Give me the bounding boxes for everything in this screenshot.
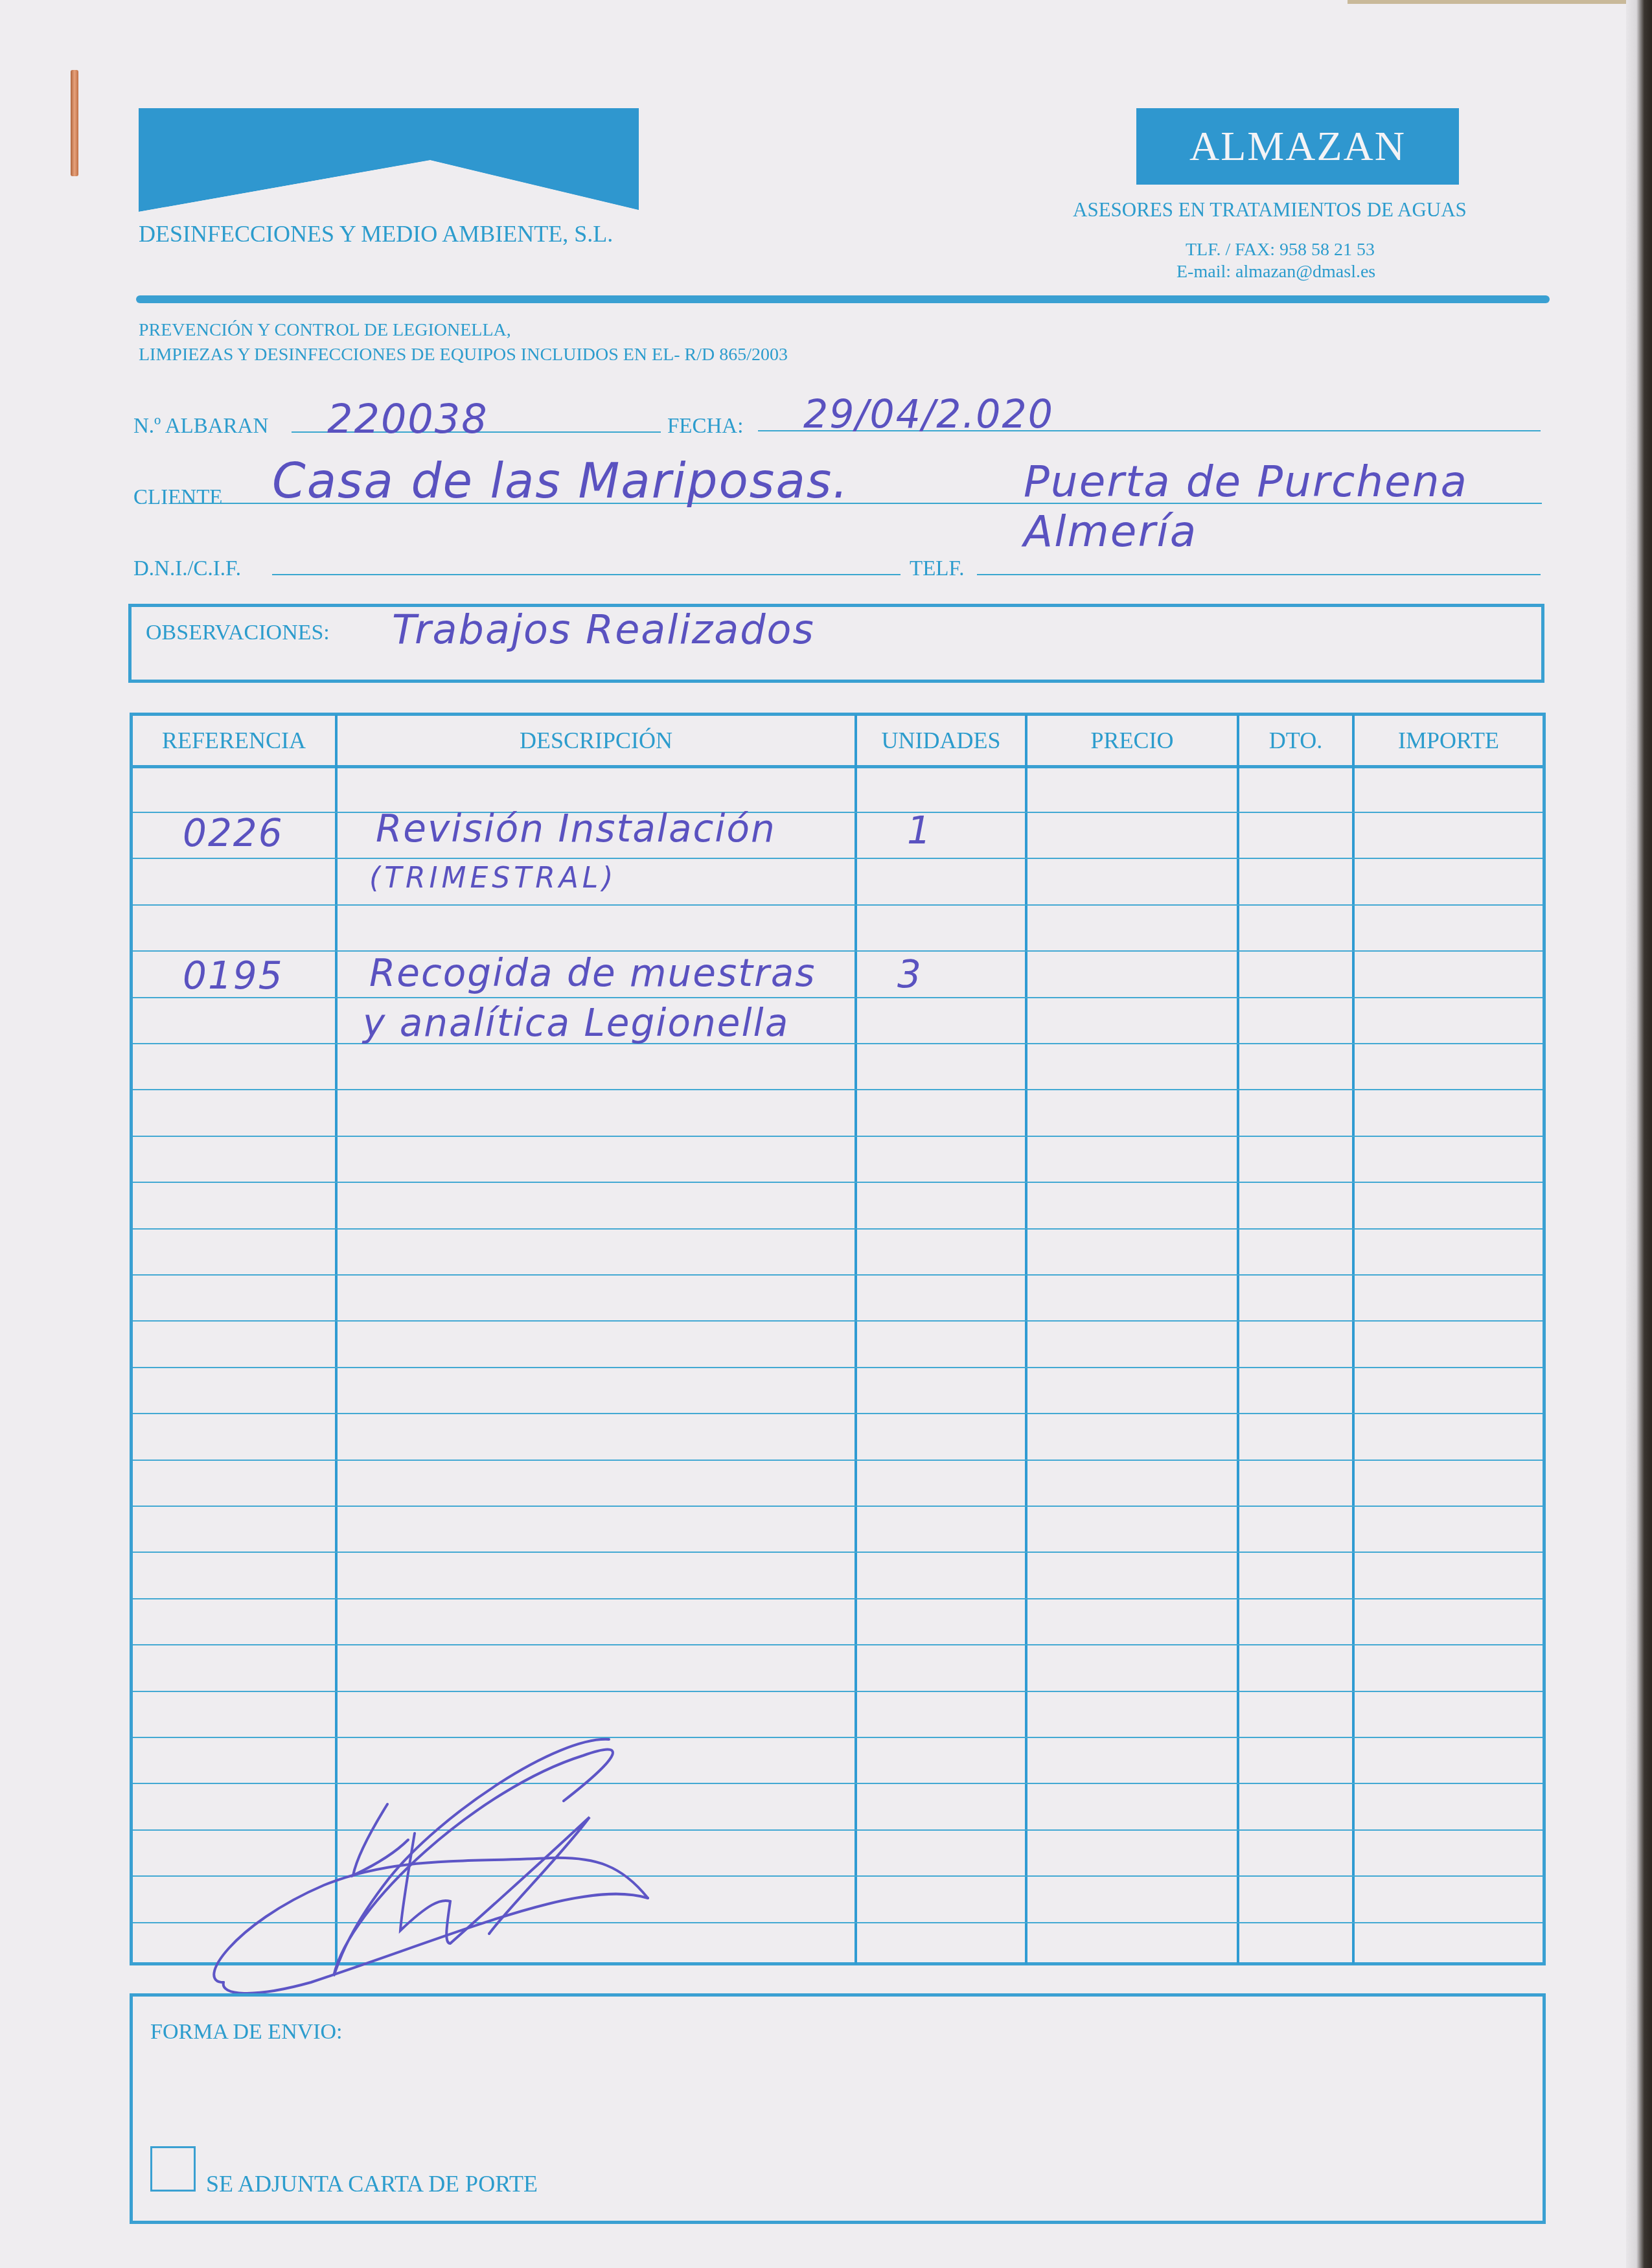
table-row-line — [133, 1274, 1543, 1276]
row-2-referencia[interactable]: 0195 — [183, 954, 284, 998]
company-logo — [139, 108, 639, 212]
albaran-field[interactable]: 220038 — [327, 395, 488, 442]
service-line-2: LIMPIEZAS Y DESINFECCIONES DE EQUIPOS IN… — [139, 345, 788, 365]
fecha-field[interactable]: 29/04/2.020 — [803, 392, 1054, 437]
col-header-importe: IMPORTE — [1355, 715, 1543, 766]
page-edge-top — [1348, 0, 1652, 4]
table-row-line — [133, 1460, 1543, 1461]
staple-icon — [71, 70, 78, 176]
table-row-line — [133, 1691, 1543, 1692]
table-row-line — [133, 1598, 1543, 1599]
row-1-referencia[interactable]: 0226 — [183, 811, 284, 855]
carta-porte-checkbox[interactable] — [150, 2146, 196, 2192]
brand-phone: TLF. / FAX: 958 58 21 53 — [1186, 240, 1375, 260]
dni-label: D.N.I./C.I.F. — [133, 557, 241, 581]
table-row-line — [133, 1320, 1543, 1322]
company-name: DESINFECCIONES Y MEDIO AMBIENTE, S.L. — [139, 220, 613, 247]
row-1-unidades[interactable]: 1 — [907, 808, 932, 853]
dni-underline[interactable] — [272, 574, 901, 575]
brand-tagline: ASESORES EN TRATAMIENTOS DE AGUAS — [1073, 198, 1467, 222]
roof-logo-icon — [139, 108, 639, 212]
forma-envio-label: FORMA DE ENVIO: — [150, 2020, 343, 2045]
cliente-address-field[interactable]: Puerta de Purchena Almería — [1024, 457, 1652, 556]
row-1-descripcion-line2[interactable]: (TRIMESTRAL) — [369, 862, 617, 895]
page-edge-right — [1626, 0, 1652, 2268]
col-divider — [855, 715, 857, 1964]
brand-box: ALMAZAN — [1136, 108, 1459, 185]
carta-porte-label: SE ADJUNTA CARTA DE PORTE — [206, 2170, 538, 2197]
col-header-referencia: REFERENCIA — [133, 715, 335, 766]
table-row-line — [133, 1228, 1543, 1230]
table-row-line — [133, 1367, 1543, 1368]
albaran-label: N.º ALBARAN — [133, 415, 268, 439]
table-row-line — [133, 1089, 1543, 1090]
table-row-line — [133, 858, 1543, 859]
table-row-line — [133, 812, 1543, 813]
col-divider — [1237, 715, 1239, 1964]
table-row-line — [133, 997, 1543, 998]
brand-email: E-mail: almazan@dmasl.es — [1176, 262, 1375, 282]
telf-underline[interactable] — [977, 574, 1541, 575]
table-row-line — [133, 1182, 1543, 1183]
table-row-line — [133, 1043, 1543, 1044]
table-row-line — [133, 1506, 1543, 1507]
observaciones-field[interactable]: Trabajos Realizados — [392, 606, 815, 653]
col-header-dto: DTO. — [1239, 715, 1352, 766]
col-divider — [1352, 715, 1355, 1964]
table-row-line — [133, 1413, 1543, 1414]
table-row-line — [133, 1644, 1543, 1645]
row-2-descripcion-line1[interactable]: Recogida de muestras — [369, 951, 816, 995]
observaciones-label: OBSERVACIONES: — [146, 621, 330, 645]
cliente-field[interactable]: Casa de las Mariposas. — [272, 453, 849, 509]
col-header-unidades: UNIDADES — [857, 715, 1025, 766]
observaciones-box[interactable] — [128, 604, 1544, 683]
table-row-line — [133, 950, 1543, 952]
table-row-line — [133, 1552, 1543, 1553]
table-row-line — [133, 904, 1543, 906]
row-1-descripcion-line1[interactable]: Revisión Instalación — [376, 807, 776, 851]
header-divider — [136, 295, 1550, 303]
telf-label: TELF. — [910, 557, 964, 581]
row-2-unidades[interactable]: 3 — [897, 952, 923, 996]
table-row-line — [133, 1136, 1543, 1137]
cliente-label: CLIENTE — [133, 486, 222, 510]
col-divider — [1025, 715, 1027, 1964]
col-header-precio: PRECIO — [1027, 715, 1237, 766]
col-header-descripcion: DESCRIPCIÓN — [338, 715, 855, 766]
row-2-descripcion-line2[interactable]: y analítica Legionella — [363, 1001, 789, 1045]
fecha-label: FECHA: — [667, 415, 743, 439]
service-line-1: PREVENCIÓN Y CONTROL DE LEGIONELLA, — [139, 320, 511, 341]
signature-icon — [194, 1710, 726, 1995]
brand-name: ALMAZAN — [1189, 122, 1406, 170]
